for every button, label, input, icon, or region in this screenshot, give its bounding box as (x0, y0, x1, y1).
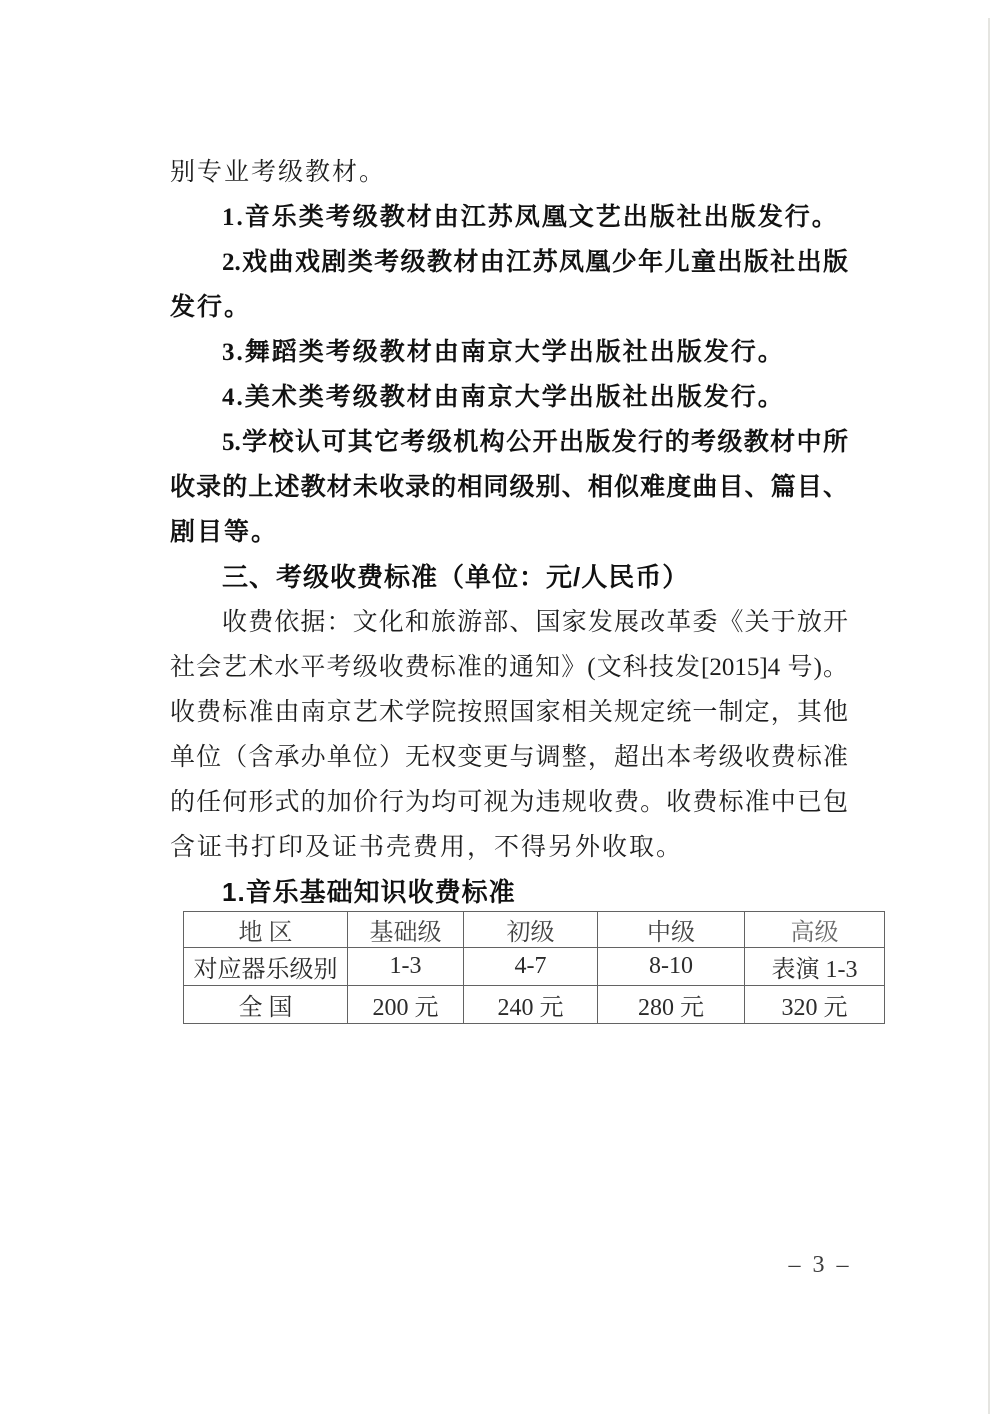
page-number: – 3 – (770, 1252, 870, 1279)
table-cell: 全 国 (184, 986, 348, 1024)
text-line: 社会艺术水平考级收费标准的通知》(文科技发[2015]4 号)。 (170, 645, 848, 690)
text-line: 单位（含承办单位）无权变更与调整，超出本考级收费标准 (170, 735, 848, 780)
text-line: 剧目等。 (170, 510, 848, 555)
text-line: 别专业考级教材。 (170, 150, 848, 195)
text-line: 发行。 (170, 285, 848, 330)
table-header-cell: 基础级 (348, 912, 464, 948)
fee-table: 地 区基础级初级中级高级对应器乐级别1-34-78-10表演 1-3全 国200… (183, 911, 885, 1024)
text-line: 5.学校认可其它考级机构公开出版发行的考级教材中所 (170, 420, 848, 465)
table-cell: 1-3 (348, 948, 464, 986)
text-line: 4.美术类考级教材由南京大学出版社出版发行。 (170, 375, 848, 420)
text-line: 1.音乐类考级教材由江苏凤凰文艺出版社出版发行。 (170, 195, 848, 240)
table-cell: 8-10 (598, 948, 745, 986)
table-header-cell: 高级 (745, 912, 885, 948)
text-line: 3.舞蹈类考级教材由南京大学出版社出版发行。 (170, 330, 848, 375)
text-line: 的任何形式的加价行为均可视为违规收费。收费标准中已包 (170, 780, 848, 825)
table-header-cell: 地 区 (184, 912, 348, 948)
section-heading: 三、考级收费标准（单位：元/人民币） (170, 555, 848, 600)
text-line: 收费标准由南京艺术学院按照国家相关规定统一制定，其他 (170, 690, 848, 735)
text-line: 收费依据：文化和旅游部、国家发展改革委《关于放开 (170, 600, 848, 645)
text-line: 含证书打印及证书壳费用，不得另外收取。 (170, 825, 848, 870)
table-cell: 280 元 (598, 986, 745, 1024)
table-cell: 表演 1-3 (745, 948, 885, 986)
document-body: 别专业考级教材。1.音乐类考级教材由江苏凤凰文艺出版社出版发行。2.戏曲戏剧类考… (170, 150, 848, 915)
table-cell: 320 元 (745, 986, 885, 1024)
text-line: 收录的上述教材未收录的相同级别、相似难度曲目、篇目、 (170, 465, 848, 510)
table-row: 全 国200 元240 元280 元320 元 (184, 986, 885, 1024)
table-header-row: 地 区基础级初级中级高级 (184, 912, 885, 948)
table-header-cell: 初级 (464, 912, 598, 948)
section-heading: 1.音乐基础知识收费标准 (170, 870, 848, 915)
table-cell: 对应器乐级别 (184, 948, 348, 986)
table-cell: 200 元 (348, 986, 464, 1024)
text-line: 2.戏曲戏剧类考级教材由江苏凤凰少年儿童出版社出版 (170, 240, 848, 285)
table-cell: 4-7 (464, 948, 598, 986)
document-page: 别专业考级教材。1.音乐类考级教材由江苏凤凰文艺出版社出版发行。2.戏曲戏剧类考… (0, 0, 999, 1414)
table-row: 对应器乐级别1-34-78-10表演 1-3 (184, 948, 885, 986)
table-cell: 240 元 (464, 986, 598, 1024)
table-header-cell: 中级 (598, 912, 745, 948)
scan-edge-artifact (988, 18, 990, 1414)
